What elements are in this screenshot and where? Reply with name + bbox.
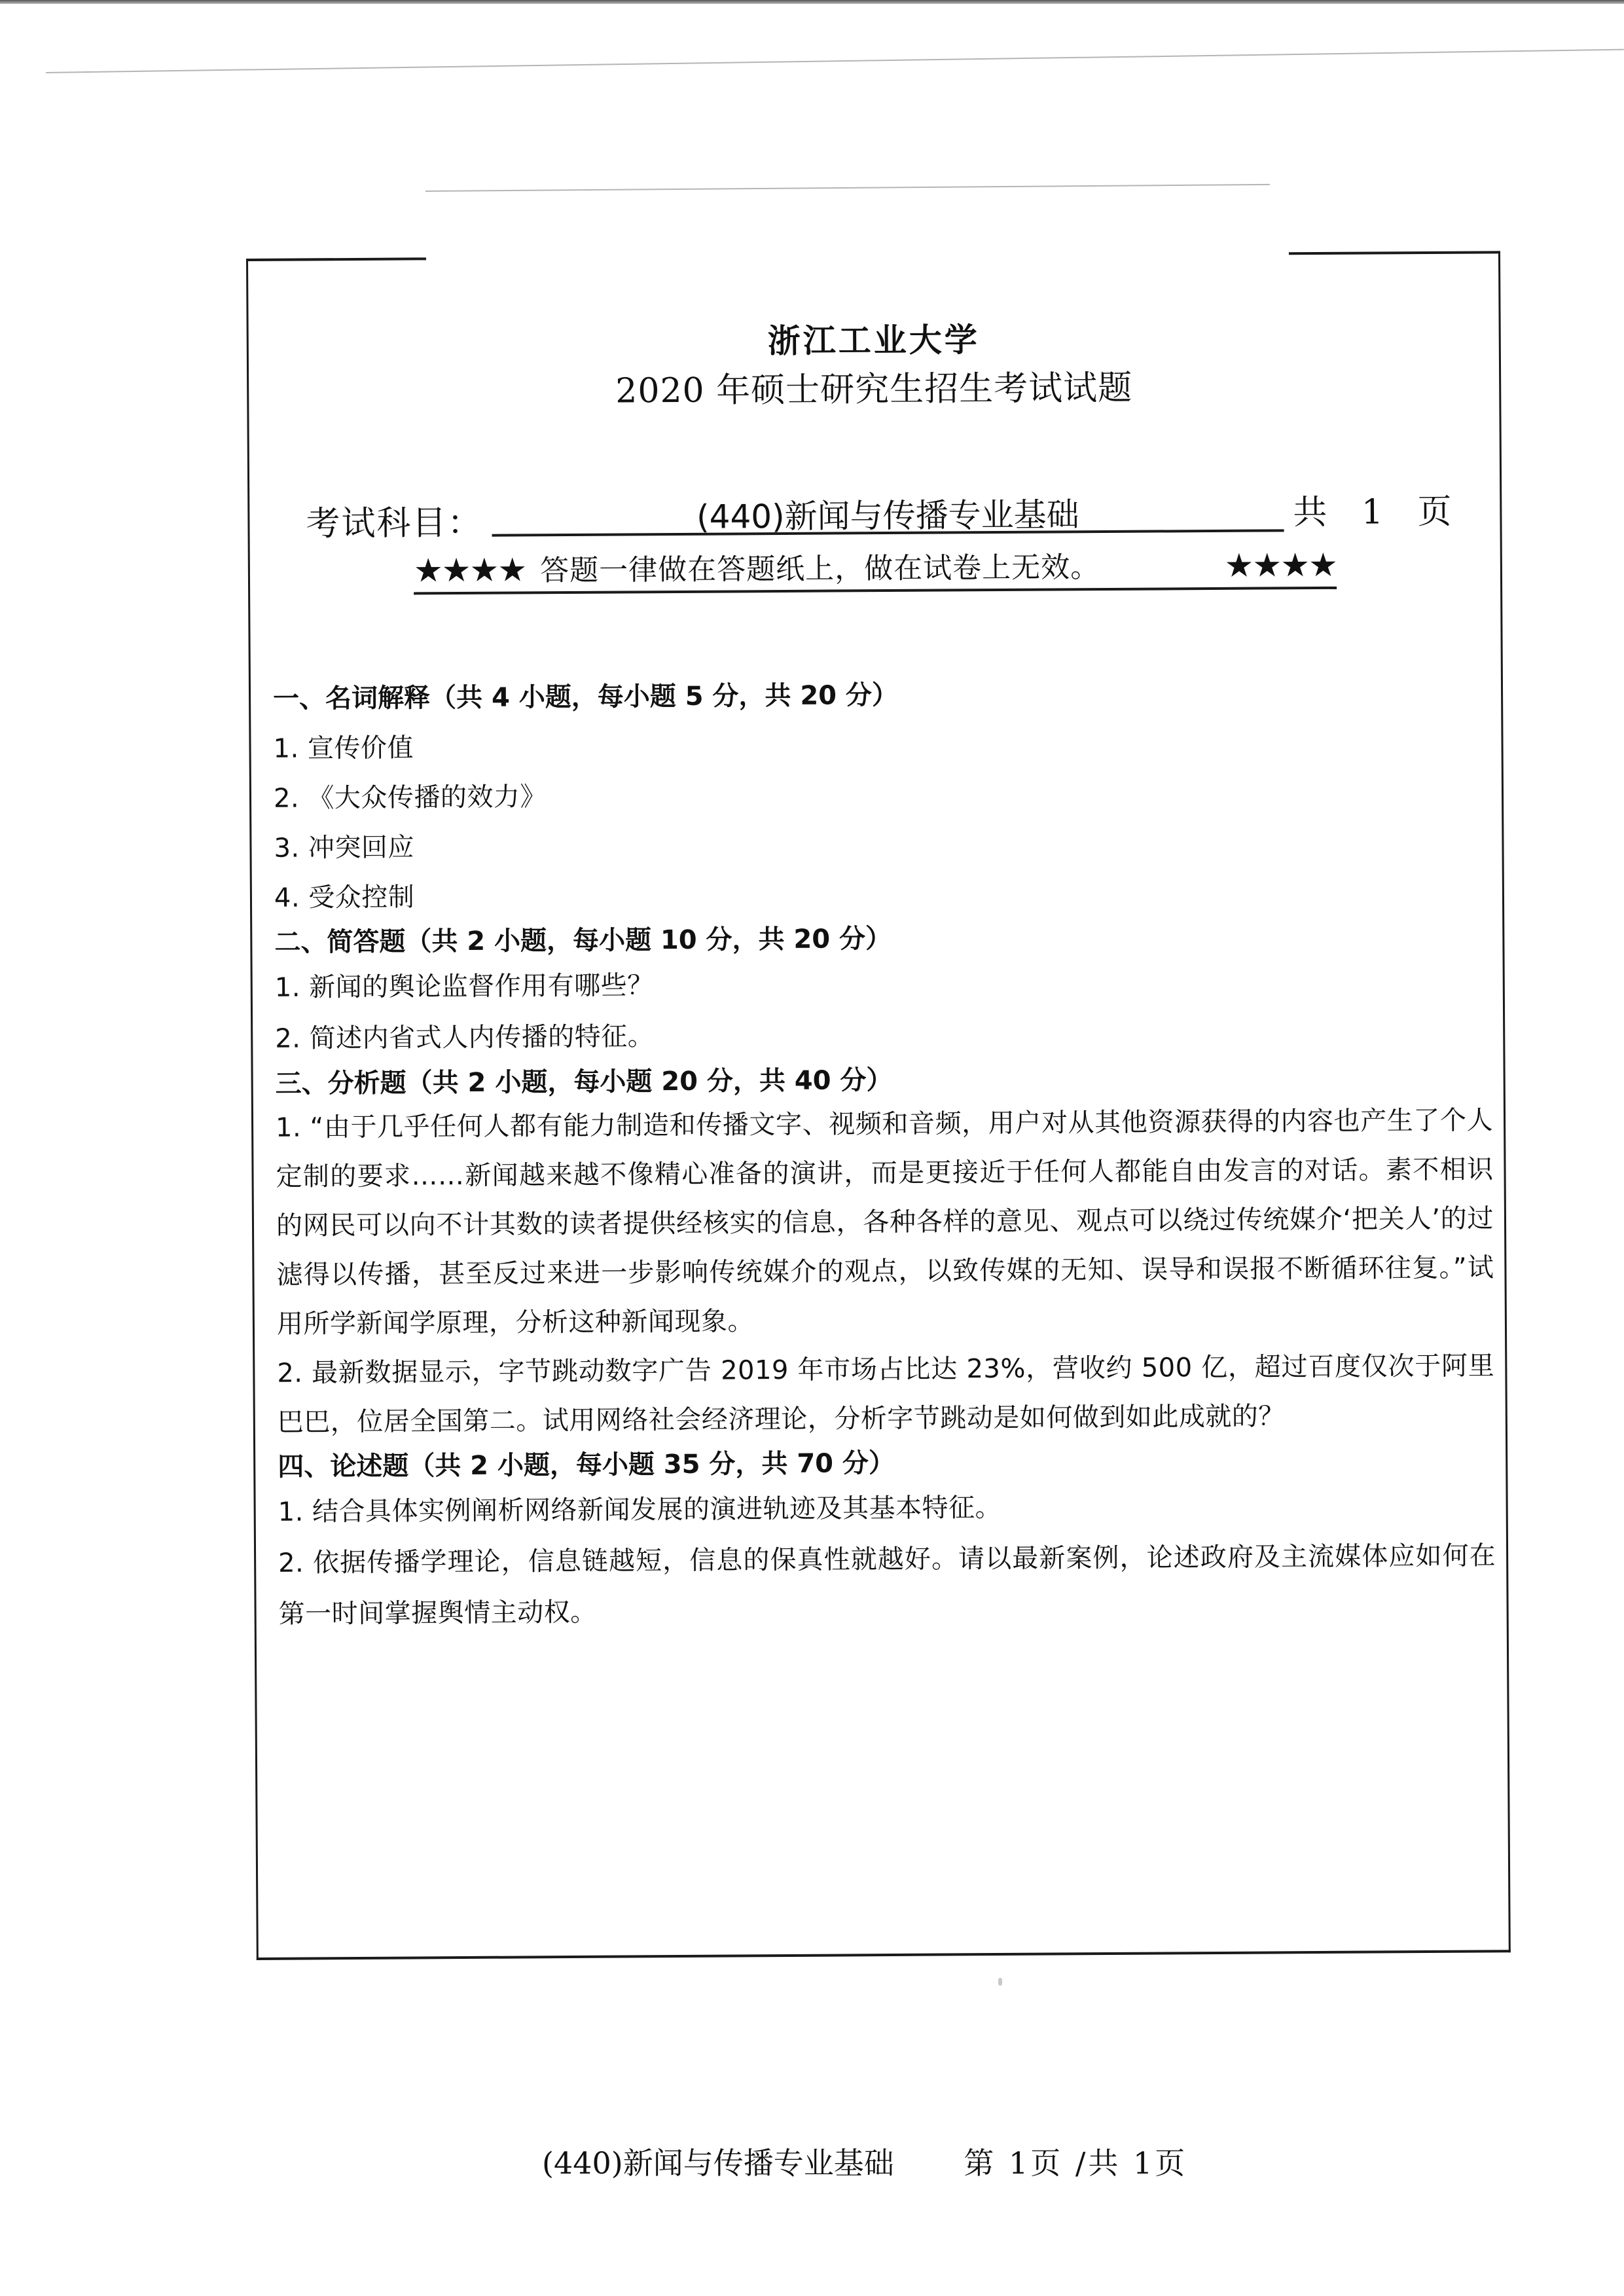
section-heading: 二、简答题（共 2 小题，每小题 10 分，共 20 分） (274, 915, 1492, 962)
section-heading: 一、名词解释（共 4 小题，每小题 5 分，共 20 分） (273, 672, 1490, 718)
notice-text: 答题一律做在答题纸上，做在试卷上无效。 (526, 543, 1225, 589)
question-item: 2. 《大众传播的效力》 (274, 766, 1491, 823)
exam-title: 2020 年硕士研究生招生考试试题 (249, 357, 1499, 414)
subject-value: (440)新闻与传播专业基础 (492, 487, 1284, 536)
question-item: 1. 新闻的舆论监督作用有哪些？ (275, 955, 1492, 1013)
page-footer: (440)新闻与传播专业基础 第 1页 /共 1页 (542, 2140, 1187, 2183)
section-analysis: 三、分析题（共 2 小题，每小题 20 分，共 40 分） 1. “由于几乎任何… (276, 1057, 1496, 1447)
section-essay: 四、论述题（共 2 小题，每小题 35 分，共 70 分） 1. 结合具体实例阐… (278, 1440, 1496, 1639)
question-item: 3. 冲突回应 (274, 816, 1491, 873)
scan-speck (998, 1978, 1002, 1986)
subject-label: 考试科目： (306, 495, 482, 545)
star-icon-group-right: ★★★★ (1224, 546, 1337, 585)
exam-content: 一、名词解释（共 4 小题，每小题 5 分，共 20 分） 1. 宣传价值 2.… (273, 672, 1496, 1639)
question-item: 2. 简述内省式人内传播的特征。 (275, 1006, 1492, 1064)
answer-notice: ★★★★ 答题一律做在答题纸上，做在试卷上无效。 ★★★★ (414, 546, 1337, 595)
section-heading: 四、论述题（共 2 小题，每小题 35 分，共 70 分） (278, 1440, 1495, 1486)
university-name: 浙江工业大学 (249, 310, 1499, 365)
scan-top-edge (0, 0, 1624, 4)
question-item: 2. 最新数据显示，字节跳动数字广告 2019 年市场占比达 23%，营收约 5… (277, 1341, 1495, 1447)
question-item: 1. 结合具体实例阐析网络新闻发展的演进轨迹及其基本特征。 (278, 1479, 1495, 1537)
question-item: 4. 受众控制 (274, 866, 1492, 922)
question-item: 2. 依据传播学理论，信息链越短，信息的保真性就越好。请以最新案例，论述政府及主… (278, 1530, 1496, 1639)
scan-artifact-line (46, 49, 1624, 73)
frame-top-left-border (246, 257, 426, 261)
subject-row: 考试科目： (440)新闻与传播专业基础 共 1 页 (306, 486, 1484, 545)
section-short-answer: 二、简答题（共 2 小题，每小题 10 分，共 20 分） 1. 新闻的舆论监督… (274, 915, 1492, 1064)
frame-top-right-border (1289, 251, 1500, 255)
page-total: 共 1 页 (1293, 484, 1464, 534)
section-heading: 三、分析题（共 2 小题，每小题 20 分，共 40 分） (276, 1057, 1493, 1103)
footer-subject: (440)新闻与传播专业基础 (542, 2145, 894, 2181)
star-icon-group-left: ★★★★ (414, 551, 526, 589)
section-terms: 一、名词解释（共 4 小题，每小题 5 分，共 20 分） 1. 宣传价值 2.… (273, 672, 1492, 922)
footer-page-number: 第 1页 /共 1页 (964, 2145, 1187, 2181)
question-item: 1. 宣传价值 (273, 716, 1490, 773)
scan-artifact-line (425, 184, 1270, 192)
exam-frame: 浙江工业大学 2020 年硕士研究生招生考试试题 考试科目： (440)新闻与传… (246, 253, 1511, 1960)
question-item: 1. “由于几乎任何人都有能力制造和传播文字、视频和音频，用户对从其他资源获得的… (276, 1096, 1494, 1349)
